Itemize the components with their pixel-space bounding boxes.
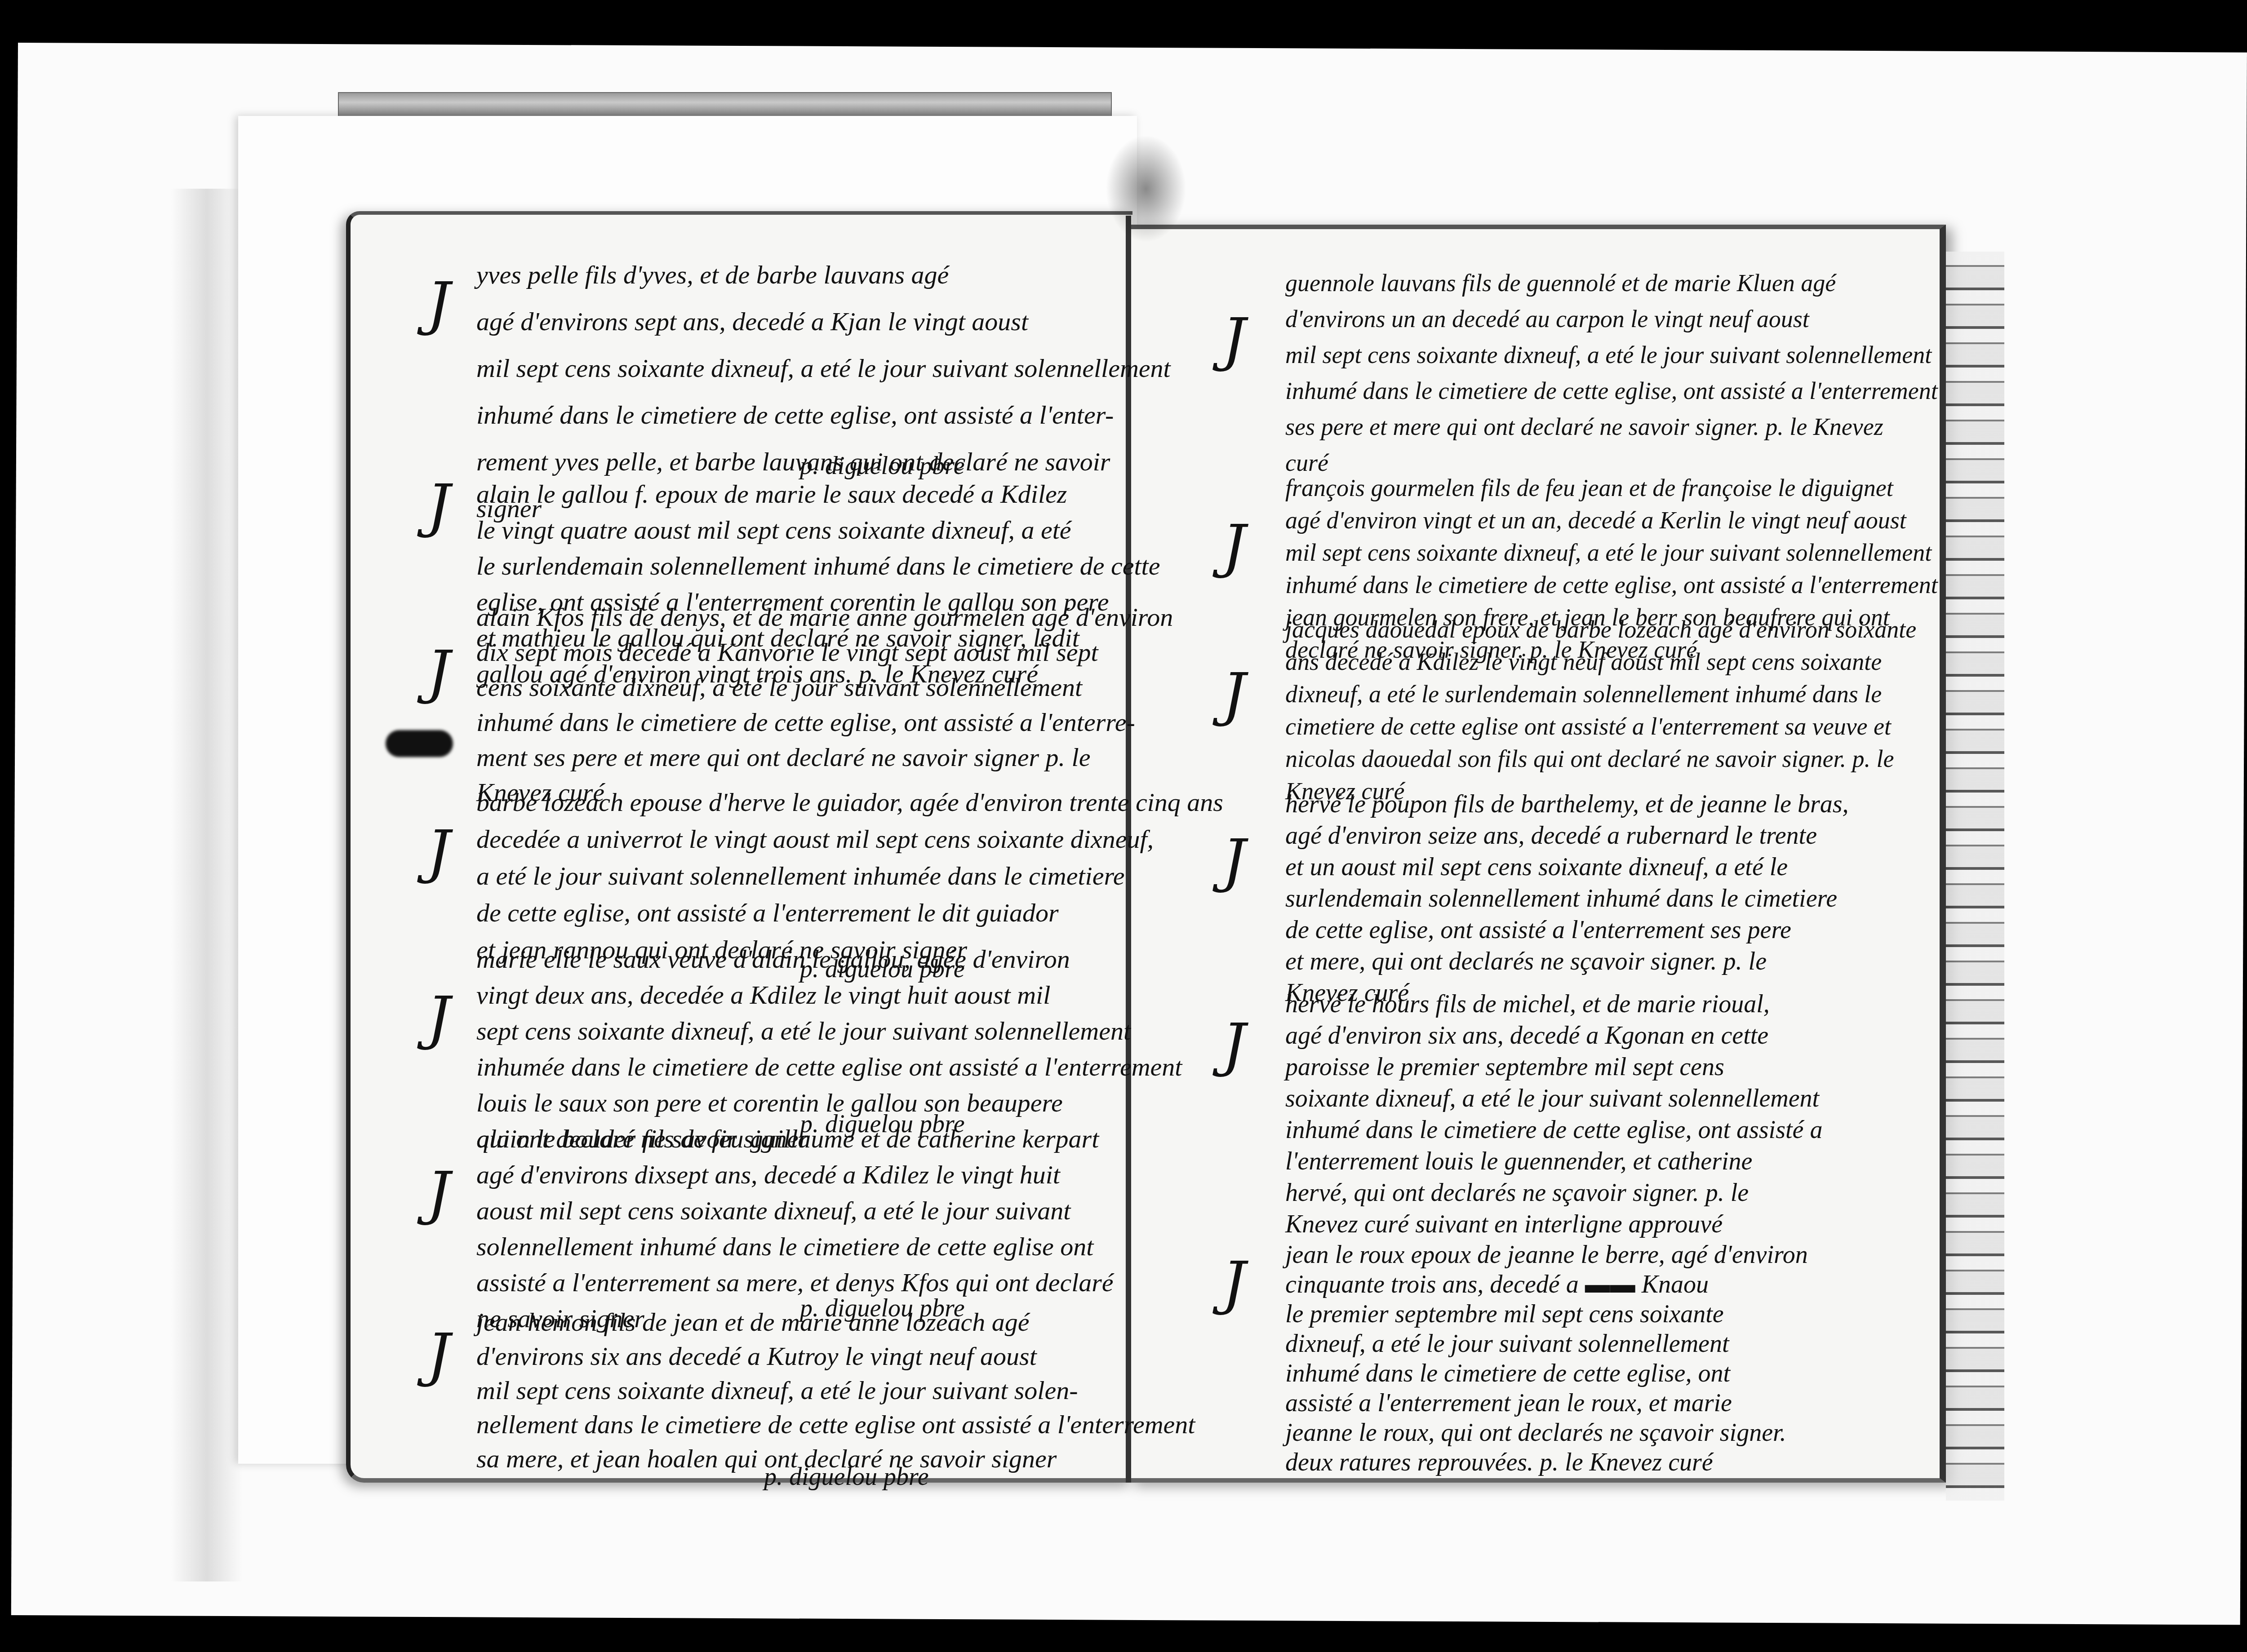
entry-line: Knevez curé suivant en interligne approu… — [1285, 1209, 1822, 1240]
entry-line: marie elie le saux veuve d'alain le gall… — [476, 941, 1182, 977]
entry-line: d'environs un an decedé au carpon le vin… — [1285, 301, 1938, 337]
entry-line: dixneuf, a eté le jour suivant solennell… — [1285, 1329, 1808, 1359]
entry-line: de cette eglise, ont assisté a l'enterre… — [1285, 914, 1848, 946]
entry-line: surlendemain solennellement inhumé dans … — [1285, 883, 1848, 914]
entry-line: inhumé dans le cimetiere de cette eglise… — [476, 705, 1173, 740]
entry-line: guennole lauvans fils de guennolé et de … — [1285, 265, 1938, 301]
entry-line: mil sept cens soixante dixneuf, a eté le… — [476, 1373, 1195, 1408]
entry-line: jeanne le roux, qui ont declarés ne sçav… — [1285, 1418, 1808, 1448]
entry-line: agé d'environs dixsept ans, decedé a Kdi… — [476, 1157, 1114, 1193]
entry-line: le premier septembre mil sept cens soixa… — [1285, 1299, 1808, 1329]
entry-line: jean hemon fils de jean et de marie anne… — [476, 1305, 1195, 1339]
entry-line: agé d'environ seize ans, decedé a rubern… — [1285, 820, 1848, 851]
ink-blot — [386, 730, 453, 757]
entry-line: cinquante trois ans, decedé a ▬▬ Knaou — [1285, 1270, 1808, 1299]
mount-shadow — [171, 189, 243, 1581]
entry-line: a eté le jour suivant solennellement inh… — [476, 858, 1223, 895]
margin-mark: J — [1222, 310, 1246, 368]
entry-line: ment ses pere et mere qui ont declaré ne… — [476, 740, 1173, 775]
entry-line: alain le bouder fils de feu guillaume et… — [476, 1121, 1114, 1157]
margin-mark: J — [1222, 1015, 1246, 1074]
entry-line: jean le roux epoux de jeanne le berre, a… — [1285, 1240, 1808, 1270]
entry-line: alain Kfos fils de denys, et de marie an… — [476, 600, 1173, 635]
entry-line: agé d'environ vingt et un an, decedé a K… — [1285, 504, 1938, 536]
margin-mark: J — [427, 274, 450, 332]
register-entry: alain Kfos fils de denys, et de marie an… — [476, 600, 1173, 810]
grey-strip — [338, 92, 1112, 117]
entry-line: inhumé dans le cimetiere de cette eglise… — [1285, 373, 1938, 409]
entry-line: hervé, qui ont declarés ne sçavoir signe… — [1285, 1177, 1822, 1209]
entry-line: yves pelle fils d'yves, et de barbe lauv… — [476, 252, 1171, 298]
entry-line: hervé le hours fils de michel, et de mar… — [1285, 988, 1822, 1020]
entry-line: le surlendemain solennellement inhumé da… — [476, 548, 1160, 584]
entry-line: et mere, qui ont declarés ne sçavoir sig… — [1285, 946, 1848, 977]
entry-line: agé d'environ six ans, decedé a Kgonan e… — [1285, 1020, 1822, 1051]
entry-line: alain le gallou f. epoux de marie le sau… — [476, 476, 1160, 512]
entry-line: dix sept mois decedé a Kanvorie le vingt… — [476, 635, 1173, 670]
entry-line: mil sept cens soixante dixneuf, a eté le… — [1285, 337, 1938, 373]
entry-line: vingt deux ans, decedée a Kdilez le ving… — [476, 977, 1182, 1013]
register-entry: jean hemon fils de jean et de marie anne… — [476, 1305, 1195, 1476]
register-entry: alain le bouder fils de feu guillaume et… — [476, 1121, 1114, 1337]
register-entry: hervé le hours fils de michel, et de mar… — [1285, 988, 1822, 1240]
entry-line: l'enterrement louis le guennender, et ca… — [1285, 1146, 1822, 1177]
entry-line: d'environs six ans decedé a Kutroy le vi… — [476, 1339, 1195, 1373]
register-entry: jacques daouedal epoux de barbe lozeach … — [1285, 613, 1916, 807]
spine-shadow — [1106, 135, 1186, 243]
entry-line: soixante dixneuf, a eté le jour suivant … — [1285, 1083, 1822, 1114]
entry-line: inhumé dans le cimetiere de cette eglise… — [1285, 569, 1938, 601]
entry-line: hervé le poupon fils de barthelemy, et d… — [1285, 788, 1848, 820]
margin-mark: J — [427, 1164, 450, 1222]
entry-line: decedée a univerrot le vingt aoust mil s… — [476, 821, 1223, 858]
entry-line: agé d'environs sept ans, decedé a Kjan l… — [476, 298, 1171, 345]
signature: p. diguelou pbre — [764, 1462, 929, 1491]
entry-line: paroisse le premier septembre mil sept c… — [1285, 1051, 1822, 1083]
entry-line: ses pere et mere qui ont declaré ne savo… — [1285, 409, 1938, 445]
margin-mark: J — [427, 476, 450, 535]
entry-line: assisté a l'enterrement sa mere, et deny… — [476, 1265, 1114, 1301]
entry-line: nicolas daouedal son fils qui ont declar… — [1285, 743, 1916, 775]
register-entry: guennole lauvans fils de guennolé et de … — [1285, 265, 1938, 481]
entry-line: mil sept cens soixante dixneuf, a eté le… — [476, 345, 1171, 392]
entry-line: dixneuf, a eté le surlendemain solennell… — [1285, 678, 1916, 710]
entry-line: deux ratures reprouvées. p. le Knevez cu… — [1285, 1448, 1808, 1477]
margin-mark: J — [1222, 665, 1246, 723]
margin-mark: J — [1222, 517, 1246, 575]
entry-line: inhumé dans le cimetiere de cette eglise… — [1285, 1359, 1808, 1388]
entry-line: inhumé dans le cimetiere de cette eglise… — [476, 392, 1171, 438]
entry-line: de cette eglise, ont assisté a l'enterre… — [476, 895, 1223, 931]
register-entry: barbe lozeach epouse d'herve le guiador,… — [476, 784, 1223, 968]
entry-line: assisté a l'enterrement jean le roux, et… — [1285, 1388, 1808, 1418]
entry-line: aoust mil sept cens soixante dixneuf, a … — [476, 1193, 1114, 1229]
entry-line: françois gourmelen fils de feu jean et d… — [1285, 472, 1938, 504]
entry-line: cimetiere de cette eglise ont assisté a … — [1285, 710, 1916, 743]
entry-line: sept cens soixante dixneuf, a eté le jou… — [476, 1013, 1182, 1049]
entry-line: le vingt quatre aoust mil sept cens soix… — [476, 512, 1160, 548]
entry-line: solennellement inhumé dans le cimetiere … — [476, 1229, 1114, 1265]
margin-mark: J — [427, 822, 450, 881]
register-entry: hervé le poupon fils de barthelemy, et d… — [1285, 788, 1848, 1009]
entry-line: inhumé dans le cimetiere de cette eglise… — [1285, 1114, 1822, 1146]
entry-line: cens soixante dixneuf, a eté le jour sui… — [476, 670, 1173, 705]
entry-line: mil sept cens soixante dixneuf, a eté le… — [1285, 536, 1938, 569]
margin-mark: J — [427, 988, 450, 1047]
margin-mark: J — [427, 642, 450, 701]
entry-line: jacques daouedal epoux de barbe lozeach … — [1285, 613, 1916, 646]
entry-line: barbe lozeach epouse d'herve le guiador,… — [476, 784, 1223, 821]
entry-line: et un aoust mil sept cens soixante dixne… — [1285, 851, 1848, 883]
margin-mark: J — [1222, 1253, 1246, 1312]
entry-line: ans decedé a Kdilez le vingt neuf aoust … — [1285, 646, 1916, 678]
entry-line: inhumée dans le cimetiere de cette eglis… — [476, 1049, 1182, 1085]
margin-mark: J — [427, 1325, 450, 1384]
entry-line: nellement dans le cimetiere de cette egl… — [476, 1408, 1195, 1442]
frayed-page-edges — [1946, 252, 2004, 1501]
margin-mark: J — [1222, 831, 1246, 890]
register-entry: jean le roux epoux de jeanne le berre, a… — [1285, 1240, 1808, 1477]
